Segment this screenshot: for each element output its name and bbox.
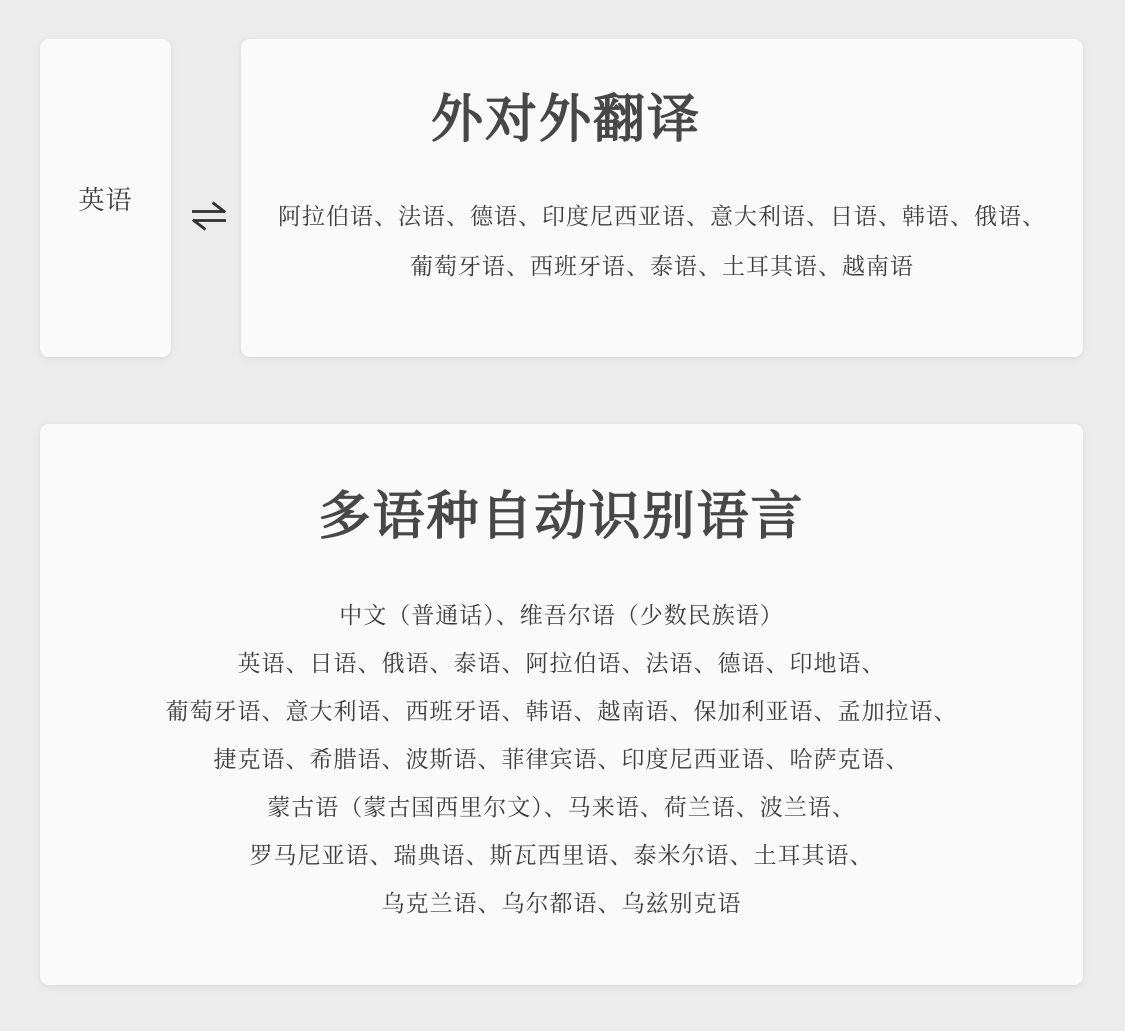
language-list-line: 蒙古语（蒙古国西里尔文）、马来语、荷兰语、波兰语、 — [40, 783, 1083, 831]
language-list-line: 葡萄牙语、西班牙语、泰语、土耳其语、越南语 — [241, 241, 1083, 291]
language-list-line: 中文（普通话）、维吾尔语（少数民族语） — [40, 591, 1083, 639]
foreign-to-foreign-title: 外对外翻译 — [241, 89, 891, 151]
language-list-line: 阿拉伯语、法语、德语、印度尼西亚语、意大利语、日语、韩语、俄语、 — [241, 191, 1083, 241]
language-list-line: 葡萄牙语、意大利语、西班牙语、韩语、越南语、保加利亚语、孟加拉语、 — [40, 687, 1083, 735]
auto-detect-title: 多语种自动识别语言 — [40, 486, 1083, 548]
auto-detect-languages-card: 多语种自动识别语言 中文（普通话）、维吾尔语（少数民族语） 英语、日语、俄语、泰… — [40, 424, 1083, 985]
language-list-line: 英语、日语、俄语、泰语、阿拉伯语、法语、德语、印地语、 — [40, 639, 1083, 687]
foreign-to-foreign-card: 外对外翻译 阿拉伯语、法语、德语、印度尼西亚语、意大利语、日语、韩语、俄语、 葡… — [241, 39, 1083, 357]
language-list-line: 罗马尼亚语、瑞典语、斯瓦西里语、泰米尔语、土耳其语、 — [40, 831, 1083, 879]
source-language-label: 英语 — [78, 180, 132, 217]
foreign-language-list: 阿拉伯语、法语、德语、印度尼西亚语、意大利语、日语、韩语、俄语、 葡萄牙语、西班… — [241, 191, 1083, 291]
language-list-line: 捷克语、希腊语、波斯语、菲律宾语、印度尼西亚语、哈萨克语、 — [40, 735, 1083, 783]
swap-arrows-icon — [189, 199, 229, 233]
source-language-card: 英语 — [40, 39, 171, 357]
language-list-line: 乌克兰语、乌尔都语、乌兹别克语 — [40, 879, 1083, 927]
auto-detect-language-list: 中文（普通话）、维吾尔语（少数民族语） 英语、日语、俄语、泰语、阿拉伯语、法语、… — [40, 591, 1083, 927]
